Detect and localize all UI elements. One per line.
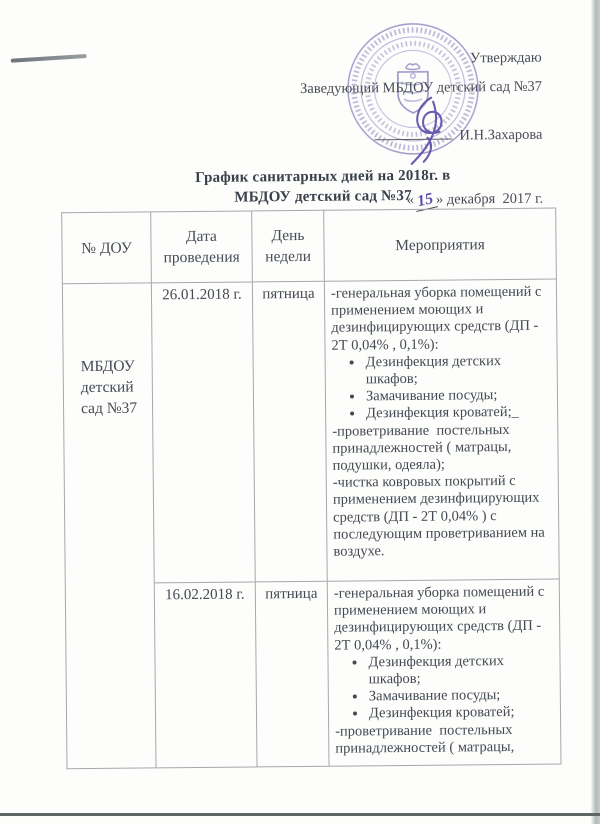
activities-paragraph: -проветривание постельных принадлежносте… <box>332 421 551 475</box>
scan-right-edge <box>591 0 600 824</box>
clipped-content: -генеральная уборка помещений с применен… <box>334 584 555 756</box>
sanitary-days-table: № ДОУ Дата проведения День недели Меропр… <box>61 208 561 770</box>
date-cell: 16.02.2018 г. <box>154 582 257 768</box>
scanned-document-page: Утверждаю Заведующий МБДОУ детский сад №… <box>0 0 600 824</box>
header-date: Дата проведения <box>151 211 253 283</box>
table-row: МБДОУ детский сад №37 26.01.2018 г. пятн… <box>62 279 559 584</box>
weekday-cell: пятница <box>255 581 329 767</box>
activities-intro: -генеральная уборка помещений с применен… <box>334 584 554 655</box>
activities-bullet-list: Дезинфекция детских шкафов; Замачивание … <box>334 652 554 723</box>
bullet-item: Дезинфекция кроватей; <box>368 704 554 723</box>
activities-paragraph: -чистка ковровых покрытий с применением … <box>333 473 553 561</box>
activities-cell: -генеральная уборка помещений с применен… <box>327 579 561 766</box>
header-dou-number: № ДОУ <box>62 212 152 284</box>
schedule-table-wrap: № ДОУ Дата проведения День недели Меропр… <box>61 208 561 770</box>
approval-word: Утверждаю <box>292 50 542 69</box>
document-title: График санитарных дней на 2018г. в МБДОУ… <box>103 165 543 209</box>
date-cell: 26.01.2018 г. <box>151 282 255 583</box>
activities-intro: -генеральная уборка помещений с применен… <box>331 284 551 355</box>
bullet-item: Дезинфекция кроватей;_ <box>365 404 551 423</box>
table-header-row: № ДОУ Дата проведения День недели Меропр… <box>62 208 557 284</box>
activities-cell: -генеральная уборка помещений с применен… <box>324 279 559 581</box>
bullet-item: Замачивание посуды; <box>368 687 554 706</box>
header-weekday: День недели <box>252 210 325 282</box>
bullet-item: Дезинфекция детских шкафов; <box>365 352 551 388</box>
bullet-item: Дезинфекция детских шкафов; <box>367 652 553 688</box>
header-activities: Мероприятия <box>324 208 557 281</box>
activities-bullet-list: Дезинфекция детских шкафов; Замачивание … <box>332 352 552 423</box>
signature-flourish-icon <box>387 91 488 177</box>
weekday-cell: пятница <box>252 281 327 582</box>
scan-tilt-layer: Утверждаю Заведующий МБДОУ детский сад №… <box>0 0 600 824</box>
bullet-item: Замачивание посуды; <box>365 387 551 406</box>
scan-bottom-edge <box>0 813 600 816</box>
title-line-2: МБДОУ детский сад №37 <box>103 185 543 209</box>
activities-paragraph: -проветривание постельных принадлежносте… <box>335 721 554 755</box>
pen-mark <box>11 54 87 63</box>
org-name-cell: МБДОУ детский сад №37 <box>62 283 156 769</box>
